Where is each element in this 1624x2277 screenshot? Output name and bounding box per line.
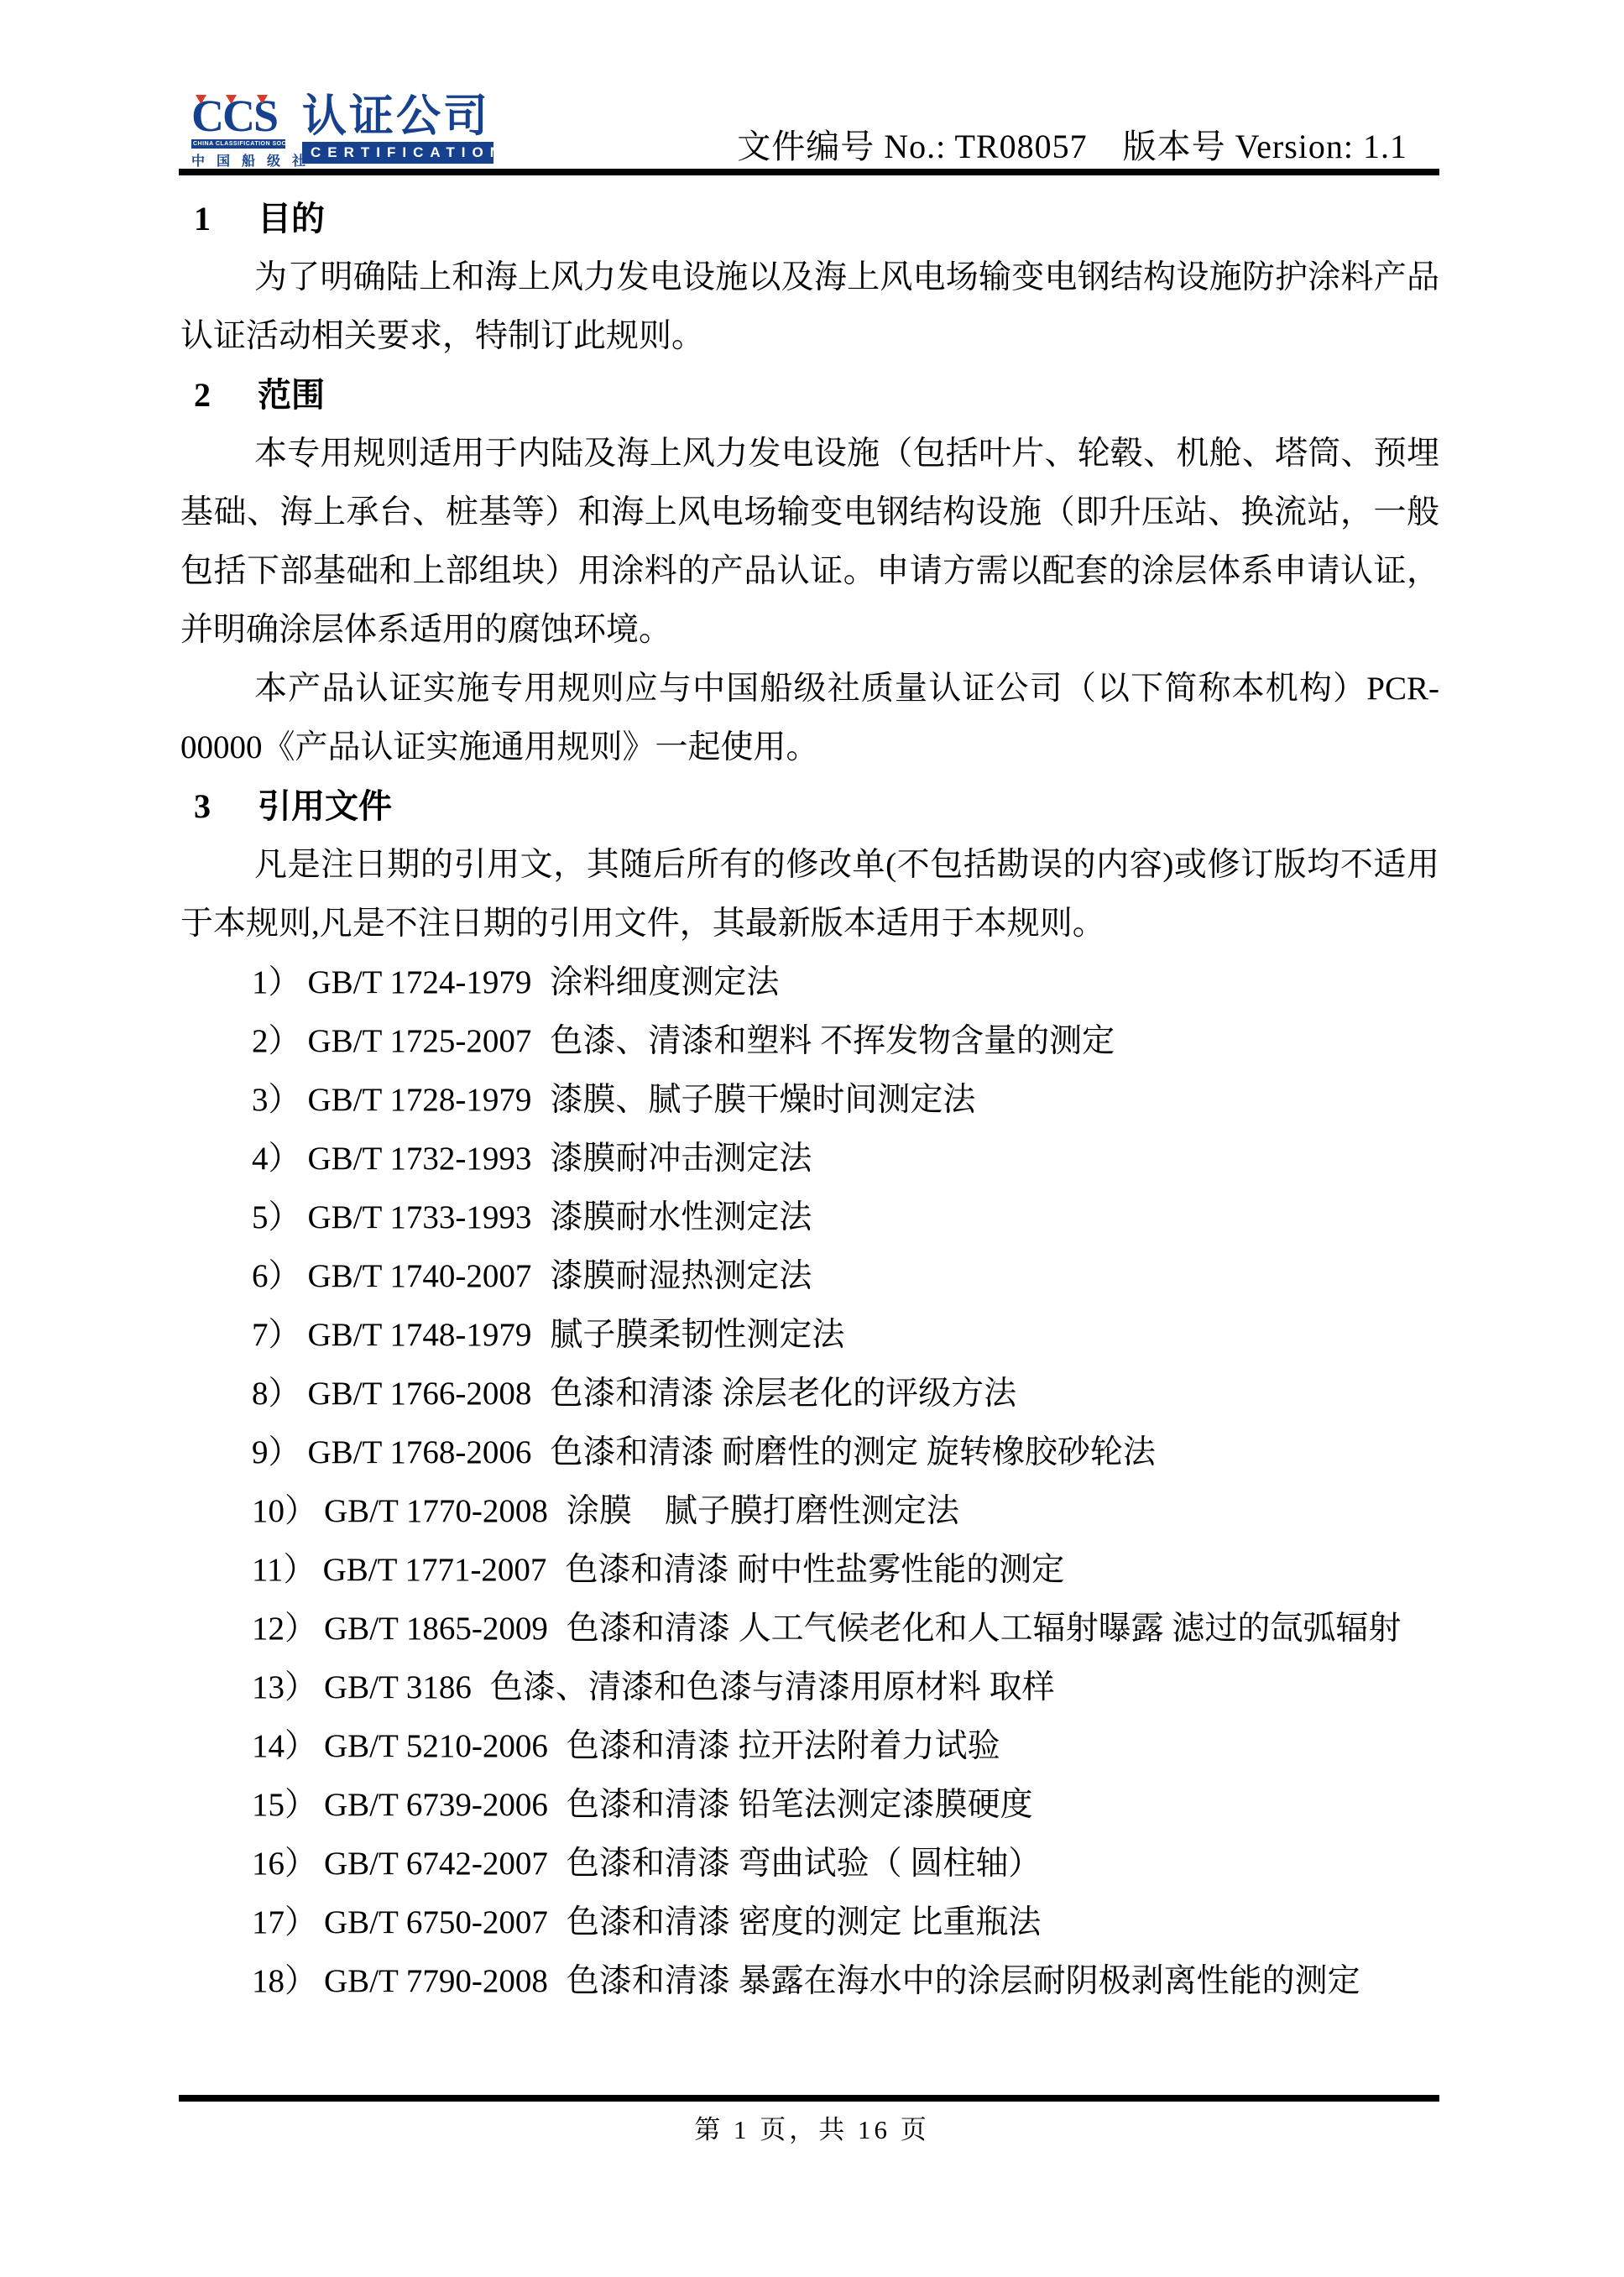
reference-seq: 17）: [252, 1904, 317, 1940]
section-number: 2: [180, 366, 258, 425]
reference-standard-code: GB/T 5210-2006: [324, 1728, 548, 1764]
reference-item: 14）GB/T 5210-2006色漆和清漆 拉开法附着力试验: [180, 1717, 1439, 1776]
reference-title: 色漆、清漆和塑料 不挥发物含量的测定: [550, 1023, 1115, 1059]
reference-seq: 15）: [252, 1787, 317, 1823]
reference-standard-code: GB/T 1733-1993: [308, 1199, 532, 1235]
reference-standard-code: GB/T 6750-2007: [324, 1904, 548, 1940]
section-title: 范围: [258, 376, 325, 414]
document-body: 1目的 为了明确陆上和海上风力发电设施以及海上风电场输变电钢结构设施防护涂料产品…: [180, 190, 1439, 2011]
paragraph: 凡是注日期的引用文，其随后所有的修改单(不包括勘误的内容)或修订版均不适用于本规…: [180, 836, 1439, 953]
reference-standard-code: GB/T 1724-1979: [308, 964, 532, 1000]
reference-title: 漆膜耐湿热测定法: [550, 1258, 812, 1294]
reference-item: 2）GB/T 1725-2007色漆、清漆和塑料 不挥发物含量的测定: [180, 1012, 1439, 1071]
reference-standard-code: GB/T 1865-2009: [324, 1611, 548, 1647]
reference-item: 9）GB/T 1768-2006色漆和清漆 耐磨性的测定 旋转橡胶砂轮法: [180, 1423, 1439, 1482]
section-heading-references: 3引用文件: [180, 777, 1439, 836]
page-number: 第 1 页，共 16 页: [0, 2108, 1624, 2146]
doc-version: 版本号 Version: 1.1: [1123, 128, 1407, 165]
reference-seq: 9）: [252, 1434, 301, 1470]
references-list: 1）GB/T 1724-1979涂料细度测定法 2）GB/T 1725-2007…: [180, 953, 1439, 2011]
reference-standard-code: GB/T 1748-1979: [308, 1317, 532, 1353]
reference-standard-code: GB/T 3186: [324, 1669, 472, 1705]
reference-standard-code: GB/T 1728-1979: [308, 1082, 532, 1118]
reference-standard-code: GB/T 1732-1993: [308, 1141, 532, 1177]
paragraph: 本专用规则适用于内陆及海上风力发电设施（包括叶片、轮毂、机舱、塔筒、预埋基础、海…: [180, 425, 1439, 660]
reference-seq: 5）: [252, 1199, 301, 1235]
section-number: 3: [180, 777, 258, 836]
reference-title: 色漆和清漆 密度的测定 比重瓶法: [567, 1904, 1042, 1940]
section-heading-scope: 2范围: [180, 366, 1439, 425]
paragraph: 本产品认证实施专用规则应与中国船级社质量认证公司（以下简称本机构）PCR-000…: [180, 660, 1439, 777]
reference-seq: 4）: [252, 1141, 301, 1177]
reference-seq: 10）: [252, 1493, 317, 1529]
footer-rule: [179, 2095, 1439, 2102]
reference-title: 漆膜耐水性测定法: [550, 1199, 812, 1235]
reference-item: 4）GB/T 1732-1993漆膜耐冲击测定法: [180, 1130, 1439, 1188]
reference-standard-code: GB/T 6742-2007: [324, 1846, 548, 1882]
document-meta: 文件编号 No.: TR08057版本号 Version: 1.1: [737, 126, 1407, 168]
reference-standard-code: GB/T 1725-2007: [308, 1023, 532, 1059]
reference-seq: 16）: [252, 1846, 317, 1882]
section-number: 1: [180, 190, 258, 248]
section-title: 引用文件: [258, 787, 392, 825]
reference-item: 15）GB/T 6739-2006色漆和清漆 铅笔法测定漆膜硬度: [180, 1776, 1439, 1835]
reference-seq: 3）: [252, 1082, 301, 1118]
reference-item: 17）GB/T 6750-2007色漆和清漆 密度的测定 比重瓶法: [180, 1893, 1439, 1952]
reference-item: 3）GB/T 1728-1979漆膜、腻子膜干燥时间测定法: [180, 1071, 1439, 1130]
reference-item: 8）GB/T 1766-2008色漆和清漆 涂层老化的评级方法: [180, 1365, 1439, 1423]
reference-seq: 7）: [252, 1317, 301, 1353]
reference-standard-code: GB/T 6739-2006: [324, 1787, 548, 1823]
reference-item: 11）GB/T 1771-2007色漆和清漆 耐中性盐雾性能的测定: [180, 1541, 1439, 1600]
reference-title: 色漆和清漆 铅笔法测定漆膜硬度: [567, 1787, 1033, 1823]
reference-standard-code: GB/T 1766-2008: [308, 1376, 532, 1412]
reference-title: 色漆和清漆 人工气候老化和人工辐射曝露 滤过的氙弧辐射: [567, 1611, 1402, 1647]
reference-title: 色漆和清漆 拉开法附着力试验: [567, 1728, 1000, 1764]
reference-title: 涂膜 腻子膜打磨性测定法: [567, 1493, 959, 1529]
reference-item: 5）GB/T 1733-1993漆膜耐水性测定法: [180, 1188, 1439, 1247]
reference-title: 色漆和清漆 耐磨性的测定 旋转橡胶砂轮法: [550, 1434, 1156, 1470]
reference-title: 色漆和清漆 耐中性盐雾性能的测定: [565, 1552, 1064, 1588]
reference-standard-code: GB/T 1770-2008: [324, 1493, 548, 1529]
document-page: CCS CHINA CLASSIFICATION SOCIETY 中 国 船 级…: [0, 0, 1624, 2277]
reference-seq: 18）: [252, 1963, 317, 1999]
society-name-cn: 中 国 船 级 社: [191, 150, 290, 170]
reference-seq: 11）: [252, 1552, 316, 1588]
reference-item: 12）GB/T 1865-2009色漆和清漆 人工气候老化和人工辐射曝露 滤过的…: [180, 1600, 1439, 1658]
section-title: 目的: [258, 200, 325, 238]
reference-standard-code: GB/T 1740-2007: [308, 1258, 532, 1294]
header-rule: [179, 169, 1439, 175]
certification-label: CERTIFICATION: [302, 142, 493, 164]
reference-seq: 2）: [252, 1023, 301, 1059]
ccs-logo-text: CCS: [191, 96, 290, 136]
reference-item: 10）GB/T 1770-2008涂膜 腻子膜打磨性测定法: [180, 1482, 1439, 1541]
reference-seq: 14）: [252, 1728, 317, 1764]
reference-title: 色漆和清漆 弯曲试验（ 圆柱轴）: [567, 1846, 1042, 1882]
reference-title: 漆膜、腻子膜干燥时间测定法: [550, 1082, 975, 1118]
reference-standard-code: GB/T 7790-2008: [324, 1963, 548, 1999]
reference-item: 6）GB/T 1740-2007漆膜耐湿热测定法: [180, 1247, 1439, 1306]
reference-item: 7）GB/T 1748-1979腻子膜柔韧性测定法: [180, 1306, 1439, 1365]
section-heading-purpose: 1目的: [180, 190, 1439, 248]
reference-title: 漆膜耐冲击测定法: [550, 1141, 812, 1177]
reference-seq: 8）: [252, 1376, 301, 1412]
reference-title: 腻子膜柔韧性测定法: [550, 1317, 844, 1353]
reference-standard-code: GB/T 1771-2007: [323, 1552, 547, 1588]
reference-title: 色漆、清漆和色漆与清漆用原材料 取样: [490, 1669, 1055, 1705]
reference-seq: 6）: [252, 1258, 301, 1294]
reference-standard-code: GB/T 1768-2006: [308, 1434, 532, 1470]
brand-name-cn: 认证公司: [302, 96, 493, 138]
reference-title: 色漆和清漆 暴露在海水中的涂层耐阴极剥离性能的测定: [567, 1963, 1360, 1999]
reference-item: 1）GB/T 1724-1979涂料细度测定法: [180, 953, 1439, 1012]
reference-item: 16）GB/T 6742-2007色漆和清漆 弯曲试验（ 圆柱轴）: [180, 1835, 1439, 1893]
reference-item: 13）GB/T 3186色漆、清漆和色漆与清漆用原材料 取样: [180, 1658, 1439, 1717]
ccs-logo-left: CCS CHINA CLASSIFICATION SOCIETY 中 国 船 级…: [191, 96, 290, 170]
reference-seq: 13）: [252, 1669, 317, 1705]
reference-item: 18）GB/T 7790-2008色漆和清漆 暴露在海水中的涂层耐阴极剥离性能的…: [180, 1952, 1439, 2011]
reference-title: 色漆和清漆 涂层老化的评级方法: [550, 1376, 1016, 1412]
doc-number: 文件编号 No.: TR08057: [737, 128, 1087, 165]
ccs-logo-right: 认证公司 CERTIFICATION: [302, 96, 493, 164]
ccs-logo: CCS CHINA CLASSIFICATION SOCIETY 中 国 船 级…: [191, 96, 493, 170]
reference-seq: 12）: [252, 1611, 317, 1647]
reference-title: 涂料细度测定法: [550, 964, 779, 1000]
paragraph: 为了明确陆上和海上风力发电设施以及海上风电场输变电钢结构设施防护涂料产品认证活动…: [180, 248, 1439, 366]
reference-seq: 1）: [252, 964, 301, 1000]
